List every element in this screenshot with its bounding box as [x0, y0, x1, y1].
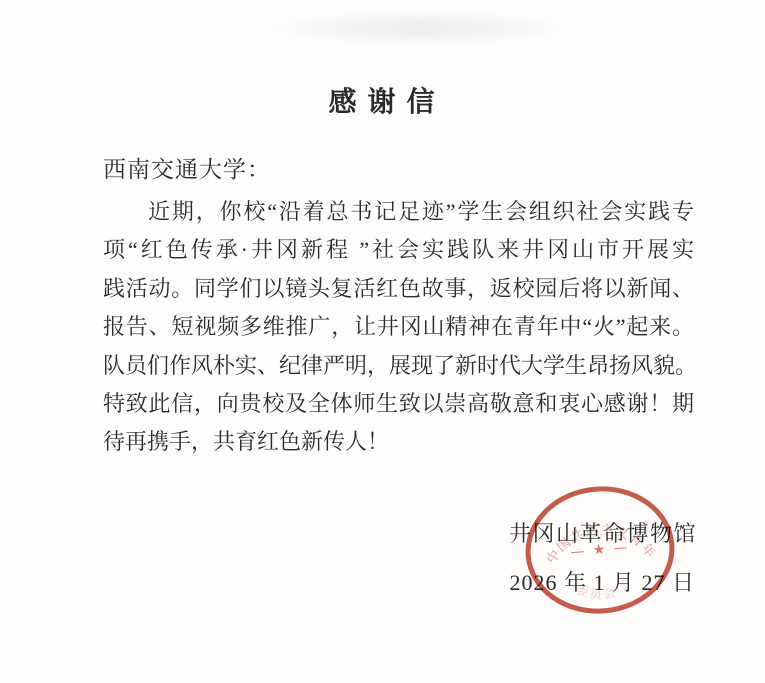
letter-body: 近期，你校“沿着总书记足迹”学生会组织社会实践专 项“红色传承·井冈新程 ”社会…	[103, 193, 694, 462]
body-line: 待再携手，共育红色新传人！	[103, 423, 694, 461]
body-line: 特致此信，向贵校及全体师生致以崇高敬意和衷心感谢！期	[103, 385, 694, 423]
scan-artifact-smudge	[265, 10, 575, 46]
letter-salutation: 西南交通大学：	[103, 151, 271, 184]
body-line: 项“红色传承·井冈新程 ”社会实践队来井冈山市开展实	[103, 231, 694, 269]
body-line: 报告、短视频多维推广，让井冈山精神在青年中“火”起来。	[103, 308, 694, 346]
seal-bottom-text: 委员会	[573, 579, 620, 604]
official-red-seal: 中国共产主义青年团 — ★ — 委员会	[520, 482, 680, 618]
body-line: 队员们作风朴实、纪律严明，展现了新时代大学生昂扬风貌。	[103, 347, 694, 385]
scanned-letter-page: 感 谢 信 西南交通大学： 近期，你校“沿着总书记足迹”学生会组织社会实践专 项…	[0, 0, 765, 683]
letter-title: 感 谢 信	[0, 80, 765, 120]
body-line: 近期，你校“沿着总书记足迹”学生会组织社会实践专	[103, 193, 694, 231]
body-line: 践活动。同学们以镜头复活红色故事，返校园后将以新闻、	[103, 270, 694, 308]
